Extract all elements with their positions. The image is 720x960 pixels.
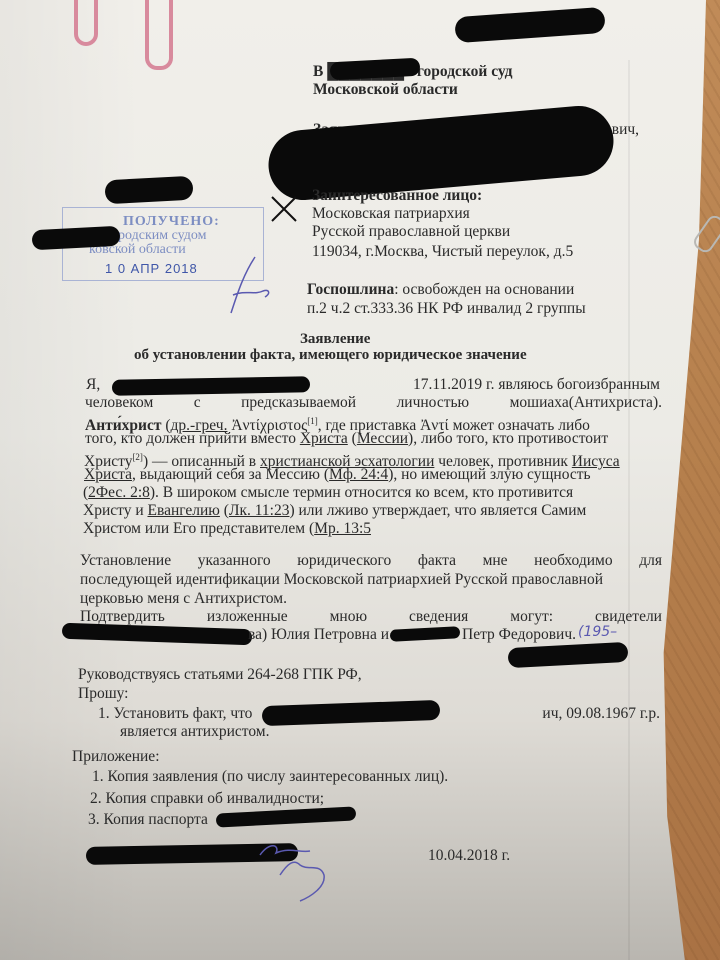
text: ( [348, 430, 357, 447]
handwritten-note: (195– [578, 624, 617, 640]
word: с [194, 394, 201, 412]
link-christ-2[interactable]: Христа [84, 466, 132, 483]
document-subtitle: об установлении факта, имеющего юридичес… [134, 346, 527, 364]
word: мошиаха(Антихриста). [510, 394, 662, 412]
word: личностью [397, 394, 470, 412]
text: ( [220, 502, 229, 519]
redaction-mark [104, 176, 193, 205]
text: ) или лживо утверждает, что является Сам… [289, 502, 586, 519]
request-label: Прошу: [78, 685, 128, 703]
text: ), но имеющий злую сущность [388, 466, 590, 483]
attachments-label: Приложение: [72, 748, 160, 766]
witnesses-line: ва) Юлия Петровна и [248, 626, 389, 644]
word: могут: [510, 608, 553, 626]
link-mark[interactable]: Мр. 13:5 [314, 520, 371, 537]
text: ), либо того, кто противостоит [408, 430, 608, 447]
link-gospel[interactable]: Евангелию [147, 502, 219, 519]
word: юридического [297, 552, 391, 570]
stamp-date: 1 0 АПР 2018 [105, 261, 198, 277]
word: предсказываемой [241, 394, 356, 412]
applicant-signature [240, 835, 340, 905]
text: того, кто должен прийти вместо [85, 430, 300, 447]
body-line: Христа, выдающий себя за Мессию (Мф. 24:… [84, 466, 591, 484]
word: указанного [198, 552, 271, 570]
body-line: Христом или Его представителем (Мр. 13:5 [83, 520, 371, 538]
word: сведения [409, 608, 468, 626]
word: необходимо [534, 552, 612, 570]
body-line: Подтвердитьизложенныемноюсведениямогут:с… [80, 608, 662, 626]
interested-party-address: 119034, г.Москва, Чистый переулок, д.5 [312, 243, 573, 261]
text: Христом или Его представителем ( [83, 520, 314, 537]
body-line: того, кто должен прийти вместо Христа (М… [85, 430, 608, 448]
body-line: церковью меня с Антихристом. [80, 590, 287, 608]
signature-slash [270, 195, 300, 225]
body-line: Я, [86, 376, 100, 394]
request-item: является антихристом. [120, 723, 269, 741]
interested-party-line: Московская патриархия [312, 205, 470, 223]
legal-basis: Руководствуясь статьями 264-268 ГПК РФ, [78, 666, 362, 684]
link-matthew[interactable]: Мф. 24:4 [329, 466, 388, 483]
state-fee: Госпошлина: освобожден на основании [307, 281, 574, 299]
state-fee-label: Госпошлина [307, 281, 394, 298]
interested-party-line: Русской православной церкви [312, 223, 510, 241]
body-line: (2Фес. 2:8). В широком смысле термин отн… [83, 484, 573, 502]
word: мне [483, 552, 508, 570]
request-item: 1. Установить факт, что [98, 705, 252, 723]
footnote-2[interactable]: [2] [132, 452, 143, 462]
attachment-item: 2. Копия справки об инвалидности; [90, 790, 324, 808]
word: для [639, 552, 662, 570]
body-line: человекомспредсказываемойличностьюмошиах… [85, 394, 662, 412]
link-thessalonians[interactable]: 2Фес. 2:8 [88, 484, 150, 501]
text: , выдающий себя за Мессию ( [132, 466, 329, 483]
text: ). В широком смысле термин относится ко … [150, 484, 573, 501]
state-fee-text: : освобожден на основании [394, 281, 574, 298]
court-name-line2: Московской области [313, 81, 458, 99]
link-christ[interactable]: Христа [300, 430, 348, 447]
interested-party-label: Заинтересованное лицо: [312, 187, 482, 205]
body-line: Христу и Евангелию (Лк. 11:23) или лживо… [83, 502, 586, 520]
word: человеком [85, 394, 153, 412]
body-line: последующей идентификации Московской пат… [80, 571, 603, 589]
word: мною [330, 608, 367, 626]
signing-date: 10.04.2018 г. [428, 847, 510, 865]
body-line: 17.11.2019 г. являюсь богоизбранным [318, 376, 660, 394]
text: Христу и [83, 502, 147, 519]
footnote-1[interactable]: [1] [307, 416, 318, 426]
request-item: ич, 09.08.1967 г.р. [440, 705, 660, 723]
link-luke[interactable]: Лк. 11:23 [229, 502, 290, 519]
attachment-item: 1. Копия заявления (по числу заинтересов… [92, 768, 448, 786]
body-line: Установлениеуказанногоюридическогофактам… [80, 552, 662, 570]
paperclip-icon [74, 0, 98, 46]
attachment-item: 3. Копия паспорта [88, 811, 208, 829]
witnesses-line: Петр Федорович. [462, 626, 576, 644]
stamp-signature [225, 255, 275, 315]
page-fold-line [628, 60, 630, 960]
paperclip-icon [145, 0, 173, 70]
state-fee-basis: п.2 ч.2 ст.333.36 НК РФ инвалид 2 группы [307, 300, 586, 318]
word: изложенные [207, 608, 288, 626]
word: Установление [80, 552, 171, 570]
word: факта [418, 552, 456, 570]
link-messiah[interactable]: Мессии [357, 430, 408, 447]
